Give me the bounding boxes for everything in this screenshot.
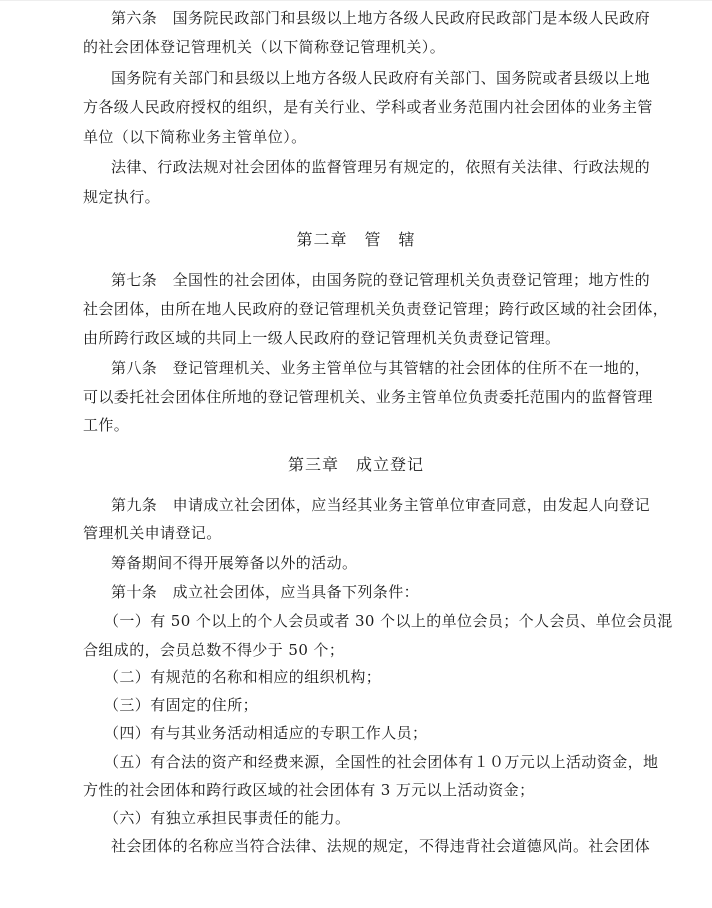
article-6-para2-line-1: 国务院有关部门和县级以上地方各级人民政府有关部门、国务院或者县级以上地 <box>111 68 650 88</box>
article-10-line-1: 第十条 成立社会团体，应当具备下列条件： <box>111 582 419 602</box>
condition-3: （三）有固定的住所； <box>104 695 258 715</box>
article-8-line-1: 第八条 登记管理机关、业务主管单位与其管辖的社会团体的住所不在一地的， <box>111 358 650 378</box>
article-10-para-name-line-1: 社会团体的名称应当符合法律、法规的规定，不得违背社会道德风尚。社会团体 <box>111 836 650 856</box>
article-6-para3-line-1: 法律、行政法规对社会团体的监督管理另有规定的，依照有关法律、行政法规的 <box>111 157 650 177</box>
article-6-para2-line-3: 单位（以下简称业务主管单位）。 <box>83 127 307 147</box>
condition-1-line-1: （一）有 50 个以上的个人会员或者 30 个以上的单位会员；个人会员、单位会员… <box>104 611 673 631</box>
page-top-border <box>0 0 712 1</box>
article-6-para2-line-2: 方各级人民政府授权的组织，是有关行业、学科或者业务范围内社会团体的业务主管 <box>83 97 653 117</box>
article-9-line-1: 第九条 申请成立社会团体，应当经其业务主管单位审查同意，由发起人向登记 <box>111 495 650 515</box>
condition-5-line-1: （五）有合法的资产和经费来源，全国性的社会团体有１０万元以上活动资金，地 <box>104 752 658 772</box>
article-9-para2: 筹备期间不得开展筹备以外的活动。 <box>111 553 357 573</box>
condition-5-line-2: 方性的社会团体和跨行政区域的社会团体有 3 万元以上活动资金； <box>83 780 534 800</box>
condition-2: （二）有规范的名称和相应的组织机构； <box>104 667 381 687</box>
condition-4: （四）有与其业务活动相适应的专职工作人员； <box>104 723 427 743</box>
condition-6: （六）有独立承担民事责任的能力。 <box>104 808 350 828</box>
article-8-line-2: 可以委托社会团体住所地的登记管理机关、业务主管单位负责委托范围内的监督管理 <box>83 387 653 407</box>
article-9-line-2: 管理机关申请登记。 <box>83 523 222 543</box>
document-page: 第六条 国务院民政部门和县级以上地方各级人民政府民政部门是本级人民政府 的社会团… <box>0 0 712 908</box>
chapter-2-heading: 第二章 管 辖 <box>0 229 712 251</box>
article-6-para3-line-2: 规定执行。 <box>83 187 160 207</box>
chapter-3-heading: 第三章 成立登记 <box>0 454 712 476</box>
article-6-line-1: 第六条 国务院民政部门和县级以上地方各级人民政府民政部门是本级人民政府 <box>111 8 650 28</box>
article-7-line-3: 由所跨行政区域的共同上一级人民政府的登记管理机关负责登记管理。 <box>83 328 560 348</box>
article-8-line-3: 工作。 <box>83 415 129 435</box>
article-7-line-2: 社会团体，由所在地人民政府的登记管理机关负责登记管理；跨行政区域的社会团体， <box>83 299 668 319</box>
article-7-line-1: 第七条 全国性的社会团体，由国务院的登记管理机关负责登记管理；地方性的 <box>111 270 650 290</box>
condition-1-line-2: 合组成的，会员总数不得少于 50 个； <box>83 640 344 660</box>
article-6-line-2: 的社会团体登记管理机关（以下简称登记管理机关）。 <box>83 37 445 57</box>
